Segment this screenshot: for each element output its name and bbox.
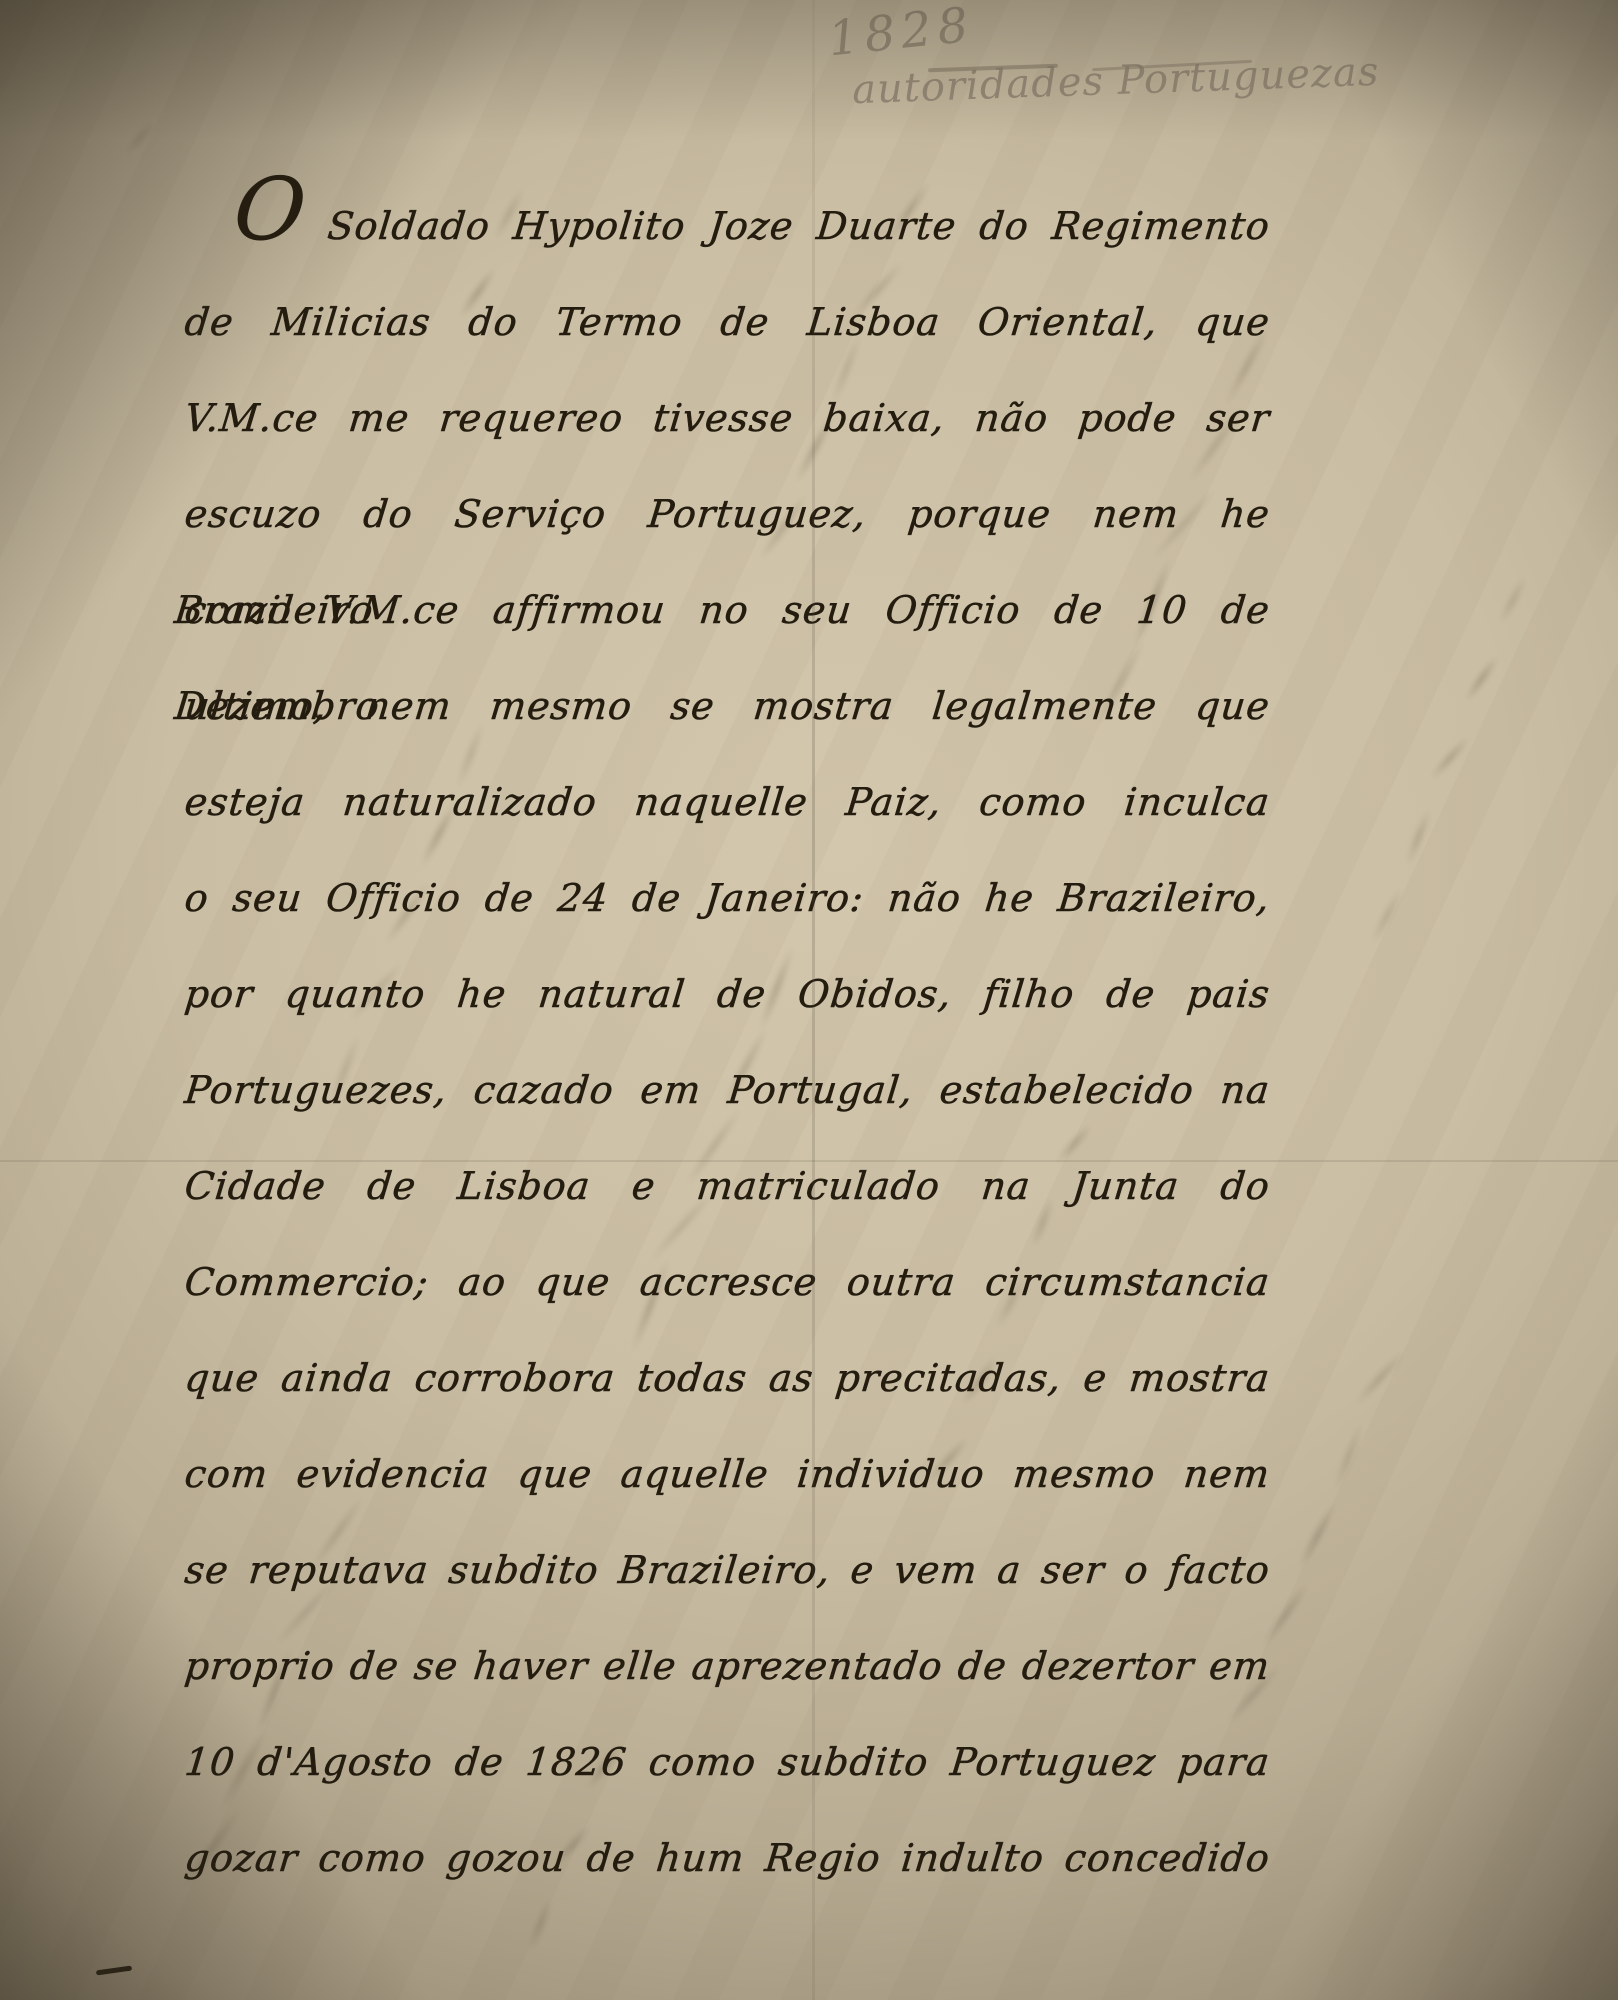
manuscript-page: 1828 autoridades Portuguezas O Soldado H… (0, 0, 1618, 2000)
manuscript-line: se reputava subdito Brazileiro, e vem a … (180, 1522, 1275, 1618)
manuscript-line: de Milicias do Termo de Lisboa Oriental,… (180, 274, 1275, 370)
manuscript-line: V.M.ce me requereo tivesse baixa, não po… (180, 370, 1275, 466)
manuscript-line: por quanto he natural de Obidos, filho d… (180, 946, 1275, 1042)
pencil-note-annotation: autoridades Portuguezas (851, 49, 1380, 113)
manuscript-line: proprio de se haver elle aprezentado de … (180, 1618, 1275, 1714)
manuscript-line: como V.M.ce affirmou no seu Officio de 1… (180, 562, 1275, 658)
manuscript-line: esteja naturalizado naquelle Paiz, como … (180, 754, 1275, 850)
manuscript-line: o seu Officio de 24 de Janeiro: não he B… (180, 850, 1275, 946)
ink-dash-mark (96, 1966, 132, 1976)
manuscript-line: ultimo, nem mesmo se mostra legalmente q… (180, 658, 1275, 754)
manuscript-line: 10 d'Agosto de 1826 como subdito Portugu… (180, 1714, 1275, 1810)
manuscript-line: Portuguezes, cazado em Portugal, estabel… (180, 1042, 1275, 1138)
manuscript-line: gozar como gozou de hum Regio indulto co… (180, 1810, 1275, 1906)
pencil-year-annotation: 1828 (825, 0, 976, 67)
manuscript-line: escuzo do Serviço Portuguez, porque nem … (180, 466, 1275, 562)
manuscript-line: O Soldado Hypolito Joze Duarte do Regime… (180, 178, 1275, 274)
manuscript-line: Commercio; ao que accresce outra circums… (180, 1234, 1275, 1330)
manuscript-text: O Soldado Hypolito Joze Duarte do Regime… (185, 178, 1270, 1906)
manuscript-line: Cidade de Lisboa e matriculado na Junta … (180, 1138, 1275, 1234)
manuscript-line: que ainda corrobora todas as precitadas,… (180, 1330, 1275, 1426)
manuscript-line: com evidencia que aquelle individuo mesm… (180, 1426, 1275, 1522)
